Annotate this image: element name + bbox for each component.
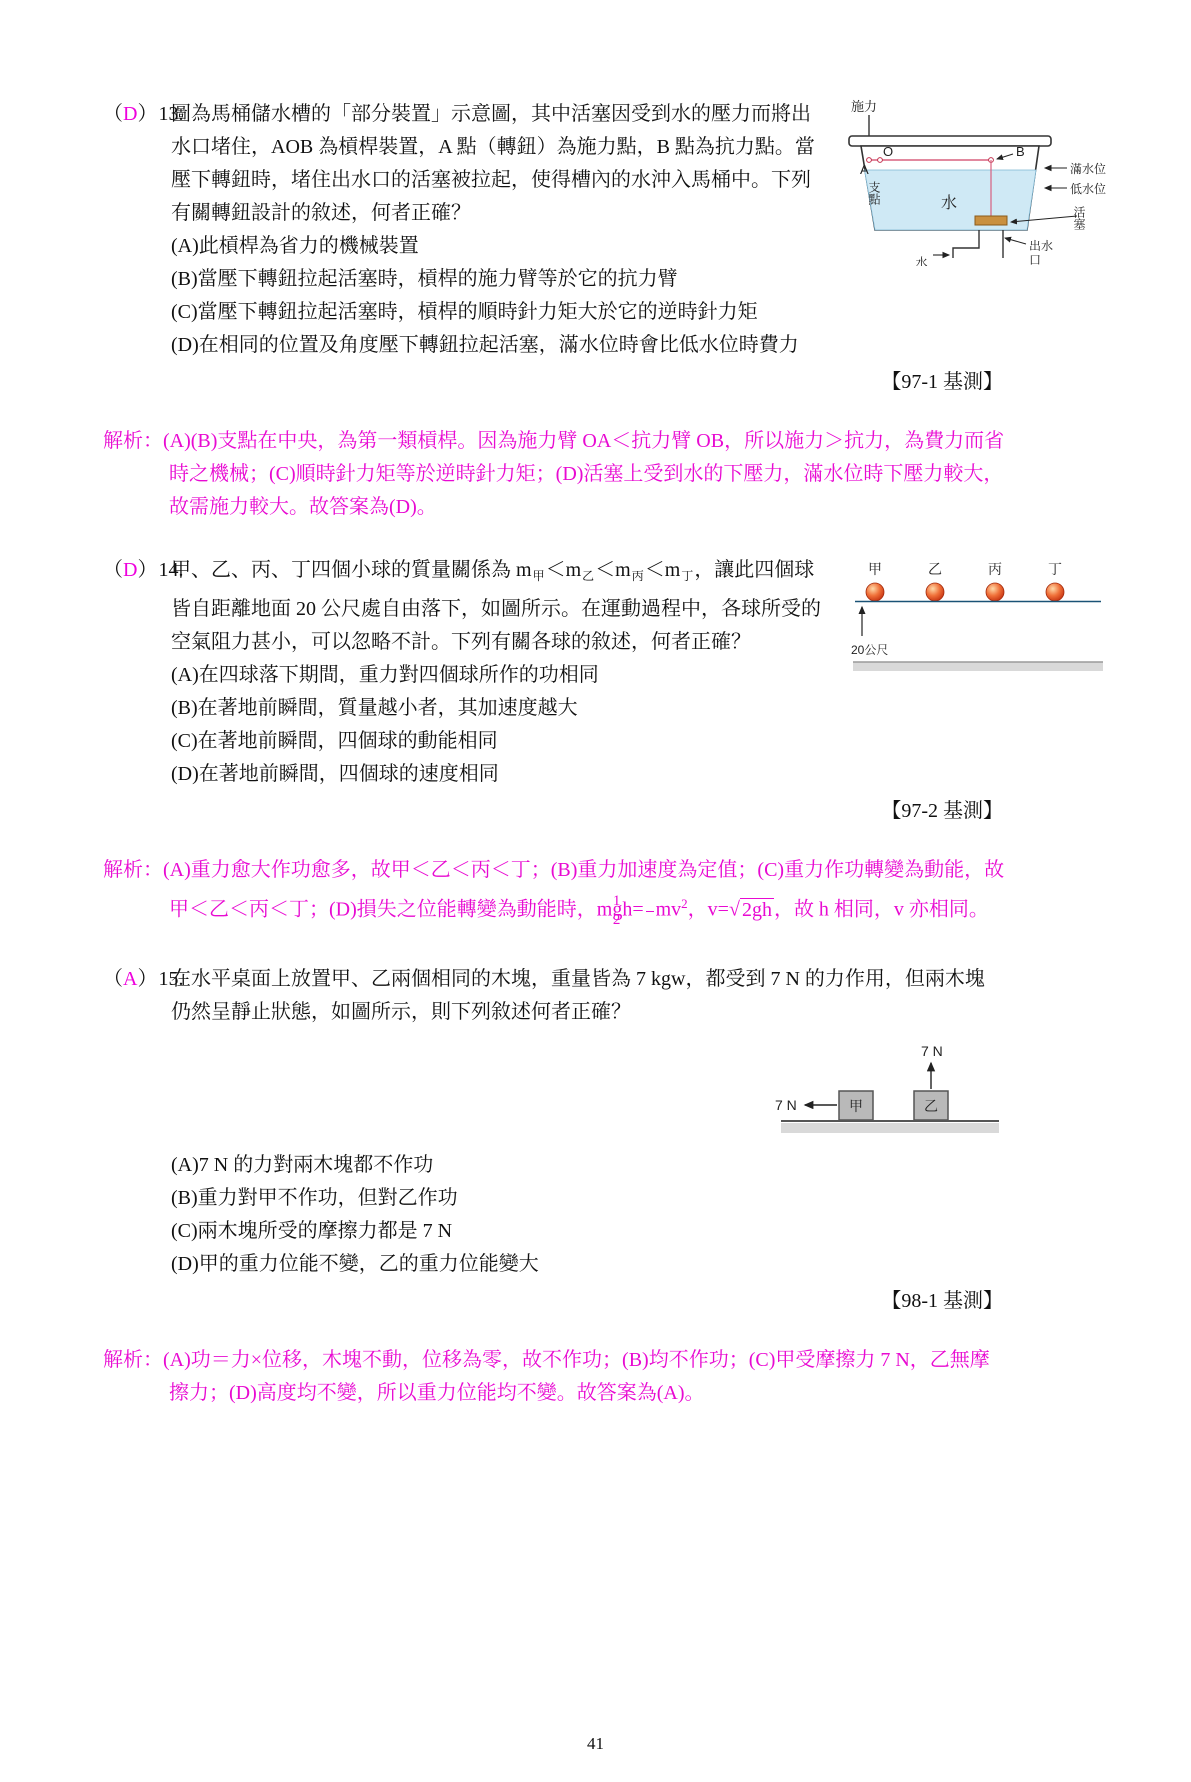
ball-3-label: 丙 bbox=[988, 561, 1002, 577]
pipe-label: 水管 bbox=[914, 255, 928, 266]
analysis-13-text: (A)(B)支點在中央，為第一類槓桿。因為施力臂 OA＜抗力臂 OB，所以施力＞… bbox=[163, 430, 1004, 518]
falling-balls-svg: 甲 乙 丙 丁 20公尺 bbox=[849, 558, 1107, 680]
fraction-numerator: 1 bbox=[646, 893, 654, 911]
ball-3 bbox=[986, 583, 1004, 601]
fraction-one-half: 12 bbox=[646, 893, 654, 929]
mass-sub-4: 丁 bbox=[681, 569, 693, 583]
question-14: （D）14. 甲 乙 丙 丁 20公尺 bbox=[103, 554, 1003, 828]
question-14-option-d: (D)在著地前瞬間，四個球的速度相同 bbox=[171, 758, 1003, 791]
block-jia-label: 甲 bbox=[849, 1098, 863, 1114]
force-left-label: 7 N bbox=[775, 1097, 797, 1113]
point-a-label: A bbox=[860, 162, 869, 177]
answer-mark-15: （A）15. bbox=[103, 963, 183, 996]
lt-m: ＜m bbox=[546, 559, 582, 581]
paren-close: ） bbox=[137, 559, 157, 581]
analysis-14-label: 解析： bbox=[103, 859, 163, 881]
paren-open: （ bbox=[103, 968, 123, 990]
paren-open: （ bbox=[103, 103, 123, 125]
analysis-14: 解析：(A)重力愈大作功愈多，故甲＜乙＜丙＜丁；(B)重力加速度為定值；(C)重… bbox=[103, 854, 1009, 929]
question-15-stem: 在水平桌面上放置甲、乙兩個相同的木塊，重量皆為 7 kgw，都受到 7 N 的力… bbox=[171, 963, 1003, 1029]
applied-force-label: 施力 bbox=[851, 99, 877, 114]
question-15-source: 【98-1 基測】 bbox=[103, 1285, 1003, 1318]
analysis-15-text: (A)功＝力×位移，木塊不動，位移為零，故不作功；(B)均不作功；(C)甲受摩擦… bbox=[163, 1349, 990, 1404]
answer-mark-13: （D）13. bbox=[103, 98, 183, 131]
outlet-pipe-left bbox=[953, 230, 979, 258]
question-13-option-c: (C)當壓下轉鈕拉起活塞時，槓桿的順時針力矩大於它的逆時針力矩 bbox=[171, 296, 1003, 329]
falling-balls-diagram: 甲 乙 丙 丁 20公尺 bbox=[849, 558, 1107, 691]
force-up-label: 7 N bbox=[921, 1043, 943, 1059]
low-level-label: 低水位 bbox=[1070, 181, 1106, 196]
question-number-13: 13. bbox=[158, 103, 183, 125]
paren-open: （ bbox=[103, 559, 123, 581]
ball-1-label: 甲 bbox=[868, 561, 882, 577]
outlet-label-2: 口 bbox=[1029, 253, 1041, 266]
water-label: 水 bbox=[941, 194, 957, 212]
ball-4 bbox=[1046, 583, 1064, 601]
lt-m: ＜m bbox=[595, 559, 631, 581]
mass-sub-3: 丙 bbox=[632, 569, 644, 583]
blocks-diagram-svg: 7 N 甲 乙 7 N bbox=[773, 1043, 1003, 1143]
ground-bar bbox=[853, 662, 1103, 671]
mass-sub-1: 甲 bbox=[533, 569, 545, 583]
analysis-15: 解析：(A)功＝力×位移，木塊不動，位移為零，故不作功；(B)均不作功；(C)甲… bbox=[103, 1344, 1009, 1410]
analysis-14-text: mv bbox=[656, 899, 682, 921]
fraction-denominator: 2 bbox=[646, 912, 654, 929]
page-number: 41 bbox=[0, 1727, 1191, 1760]
ball-1 bbox=[866, 583, 884, 601]
analysis-14-text: ， bbox=[774, 899, 794, 921]
sqrt-sign: √ bbox=[729, 899, 740, 921]
answer-mark-14: （D）14. bbox=[103, 554, 183, 587]
question-15: （A）15. 在水平桌面上放置甲、乙兩個相同的木塊，重量皆為 7 kgw，都受到… bbox=[103, 963, 1003, 1318]
question-14-option-c: (C)在著地前瞬間，四個球的動能相同 bbox=[171, 725, 1003, 758]
analysis-14-text: 故 h 相同，v 亦相同。 bbox=[794, 899, 989, 921]
height-label: 20公尺 bbox=[851, 643, 888, 657]
piston-block bbox=[975, 216, 1007, 225]
paren-close: ） bbox=[137, 103, 157, 125]
outlet-label-1: 出水 bbox=[1029, 238, 1053, 253]
answer-letter-15: A bbox=[123, 968, 137, 990]
fulcrum-label: 支點 bbox=[867, 180, 881, 205]
table-bar bbox=[781, 1123, 999, 1133]
question-15-option-c: (C)兩木塊所受的摩擦力都是 7 N bbox=[171, 1215, 1003, 1248]
toilet-tank-diagram: 施力 O A B 支點 水 bbox=[833, 98, 1109, 277]
sqrt-radicand: 2gh bbox=[740, 898, 774, 921]
outlet-pointer bbox=[1005, 238, 1026, 244]
question-13-stem: 圖為馬桶儲水槽的「部分裝置」示意圖，其中活塞因受到水的壓力而將出水口堵住，AOB… bbox=[171, 98, 829, 230]
question-number-15: 15. bbox=[158, 968, 183, 990]
answer-letter-14: D bbox=[123, 559, 137, 581]
ball-4-label: 丁 bbox=[1048, 561, 1062, 577]
point-b-label: B bbox=[1016, 144, 1025, 159]
lt-m: ＜m bbox=[645, 559, 681, 581]
paren-close: ） bbox=[137, 968, 157, 990]
question-number-14: 14. bbox=[158, 559, 183, 581]
sqrt-expression: √2gh bbox=[729, 898, 774, 921]
question-13-source: 【97-1 基測】 bbox=[103, 366, 1003, 399]
question-13: （D）13. 施力 O A B 支點 bbox=[103, 98, 1003, 399]
mass-sub-2: 乙 bbox=[582, 569, 594, 583]
ball-2 bbox=[926, 583, 944, 601]
stem-text: 甲、乙、丙、丁四個小球的質量關係為 m bbox=[171, 559, 532, 581]
answer-letter-13: D bbox=[123, 103, 137, 125]
question-14-option-b: (B)在著地前瞬間，質量越小者，其加速度越大 bbox=[171, 692, 1003, 725]
point-o-label: O bbox=[883, 144, 893, 159]
analysis-14-text: ，v= bbox=[688, 899, 729, 921]
question-15-option-a: (A)7 N 的力對兩木塊都不作功 bbox=[171, 1149, 1003, 1182]
question-14-stem: 甲、乙、丙、丁四個小球的質量關係為 m甲＜m乙＜m丙＜m丁，讓此四個球皆自距離地… bbox=[171, 554, 826, 659]
blocks-diagram-row: 7 N 甲 乙 7 N bbox=[171, 1043, 1003, 1147]
analysis-15-label: 解析： bbox=[103, 1349, 163, 1371]
question-15-option-b: (B)重力對甲不作功，但對乙作功 bbox=[171, 1182, 1003, 1215]
full-level-label: 滿水位 bbox=[1070, 161, 1106, 176]
analysis-13-label: 解析： bbox=[103, 430, 163, 452]
point-o-dot bbox=[878, 158, 883, 163]
question-13-option-d: (D)在相同的位置及角度壓下轉鈕拉起活塞，滿水位時會比低水位時費力 bbox=[171, 329, 1003, 362]
piston-label: 活塞 bbox=[1072, 206, 1086, 230]
question-14-source: 【97-2 基測】 bbox=[103, 795, 1003, 828]
analysis-13: 解析：(A)(B)支點在中央，為第一類槓桿。因為施力臂 OA＜抗力臂 OB，所以… bbox=[103, 425, 1009, 524]
toilet-tank-svg: 施力 O A B 支點 水 bbox=[833, 98, 1109, 266]
block-yi-label: 乙 bbox=[924, 1098, 938, 1114]
question-15-option-d: (D)甲的重力位能不變，乙的重力位能變大 bbox=[171, 1248, 1003, 1281]
ball-2-label: 乙 bbox=[928, 561, 942, 577]
